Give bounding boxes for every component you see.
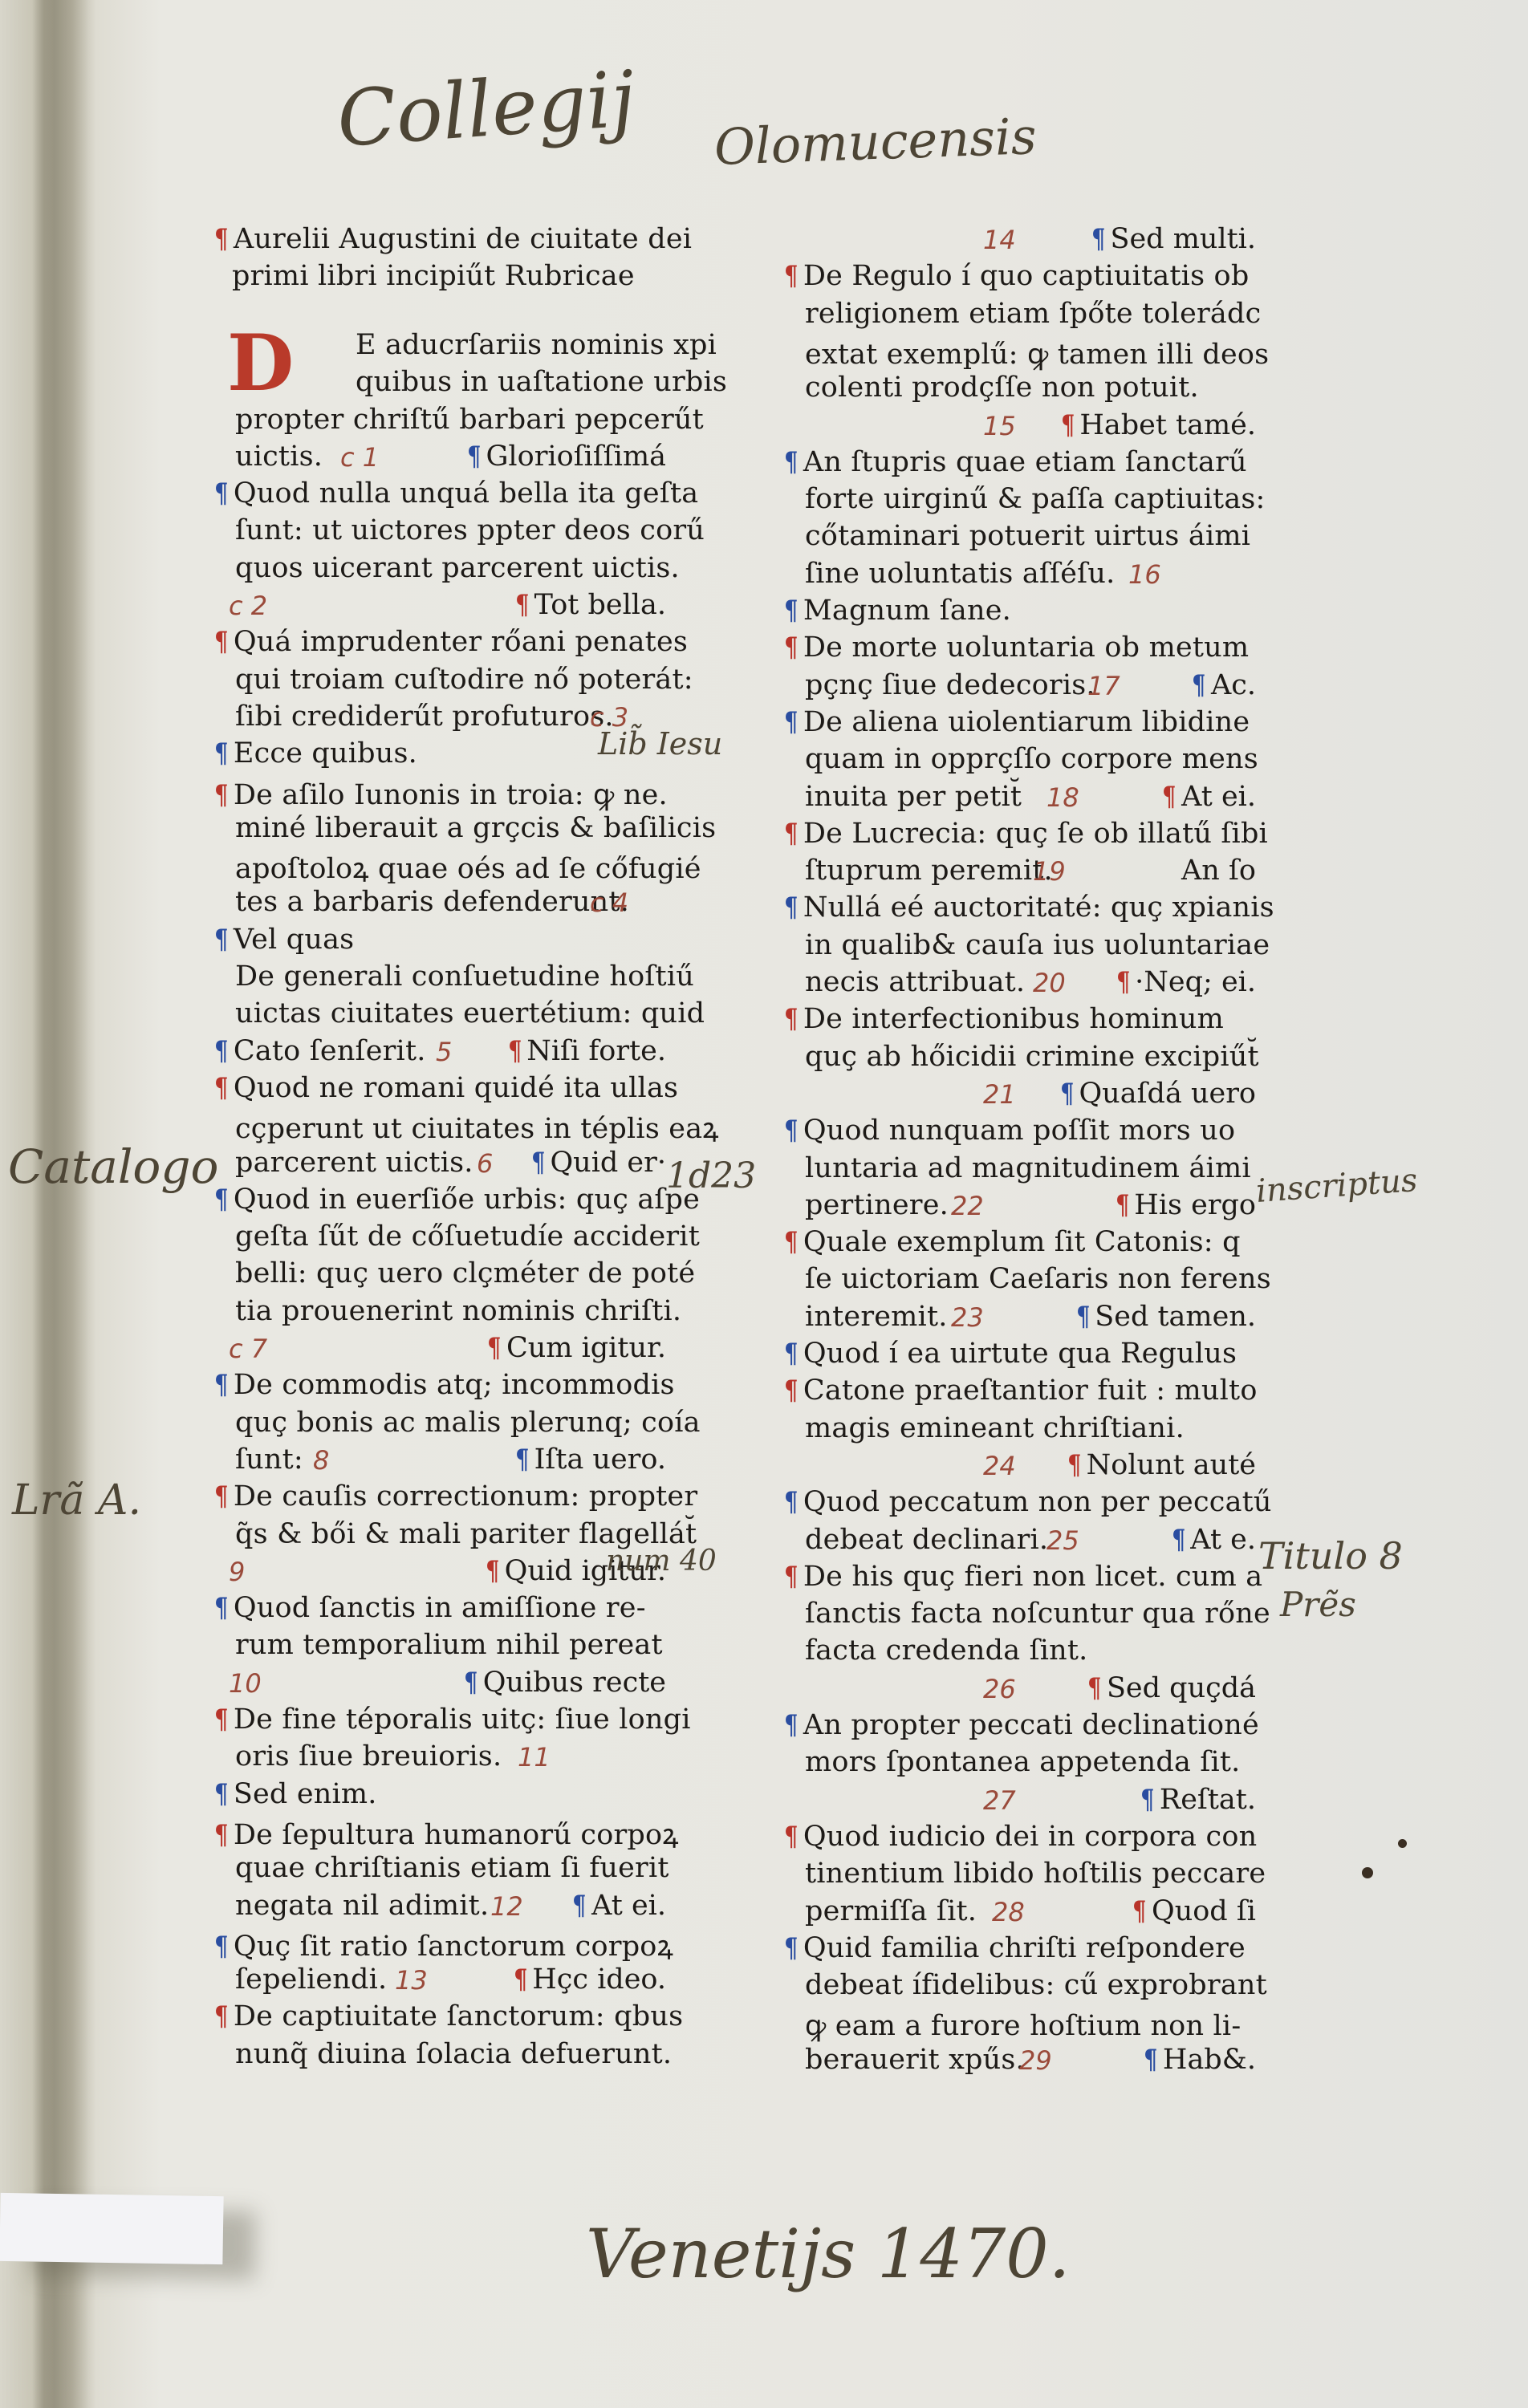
text-line: in qualib& cauſa ius uoluntariae [805,929,1270,961]
chapter-cue: ¶At e. [1170,1524,1256,1556]
pilcrow-blue-icon: ¶ [1076,1301,1090,1333]
text-line: ¶Nullá eé auctoritaté: quç xpianis [782,891,1274,924]
pilcrow-blue-icon: ¶ [784,891,798,924]
text-line: ¶Quç ſit ratio ſanctorum corpoꝝ [213,1927,673,1964]
cue-text: Habet tamé. [1079,409,1256,441]
chapter-number: 27 [983,1785,1016,1816]
pilcrow-red-icon: ¶ [214,1703,228,1736]
pilcrow-red-icon: ¶ [784,1226,798,1258]
pilcrow-blue-icon: ¶ [467,441,481,473]
title-line: ¶Aurelii Augustini de ciuitate dei [213,223,692,255]
margin-note-1d23: 1d23 [666,1155,756,1196]
pilcrow-blue-icon: ¶ [784,446,798,478]
line-text: rum temporalium nihil pereat [235,1629,663,1661]
text-line: interemit. [805,1301,948,1333]
text-line: parcerent uictis. [235,1147,473,1179]
line-text: De Lucrecia: quç ſe ob illatű ſibi [803,818,1268,850]
text-line: ¶De aliena uiolentiarum libidine [782,706,1250,738]
text-line: forte uirginű & paſſa captiuitas: [805,483,1266,515]
line-text: Quod ſanctis in amiſſione re- [234,1592,646,1624]
text-line: cőtaminari potuerit uirtus áimi [805,520,1250,552]
text-line: ſanctis facta noſcuntur qua rőne [805,1598,1270,1630]
line-text: De ſepultura humanorű corpoꝝ [234,1819,679,1851]
line-text: uictis. [235,441,323,473]
text-line: uictas ciuitates euertétium: quid [235,997,705,1029]
cue-text: Sed tamen. [1095,1301,1256,1333]
line-text: Quod iudicio dei in corpora con [803,1821,1257,1853]
line-text: pçnç ſiue dedecoris. [805,669,1095,701]
chapter-number: 10 [229,1668,262,1699]
margin-note-catalogo: Catalogo [8,1139,218,1194]
title-line: primi libri incipiűt Rubricae [232,260,635,292]
line-text: belli: quç uero clçméter de poté [235,1257,695,1289]
text-line: oris ſiue breuioris. [235,1740,502,1772]
title-text: Aurelii Augustini de ciuitate dei [234,223,692,255]
pilcrow-red-icon: ¶ [514,1963,527,1996]
line-text: De interfectionibus hominum [803,1003,1224,1035]
line-text: ſunt: [235,1444,303,1476]
chapter-cue: ¶Quaſdá uero [1059,1078,1256,1110]
pilcrow-red-icon: ¶ [1116,966,1130,998]
text-line: ¶Quod ſanctis in amiſſione re- [213,1592,646,1624]
chapter-number: 12 [490,1891,523,1922]
line-text: geſta ſűt de cőſuetudíe acciderit [235,1220,700,1253]
line-text: quam in opprçſſo corpore mens [805,743,1258,775]
pilcrow-blue-icon: ¶ [784,1932,798,1964]
line-text: nunq̃ diuina ſolacia defuerunt. [235,2038,672,2070]
text-line: ¶De ſepultura humanorű corpoꝝ [213,1815,679,1853]
chapter-number: 13 [395,1965,428,1996]
line-text: facta credenda ſint. [805,1634,1087,1667]
text-line: cçperunt ut ciuitates in téplis eaꝝ [235,1109,719,1147]
line-text: De his quç fieri non licet. cum a [803,1561,1263,1593]
text-line: berauerit xpűs. [805,2044,1025,2076]
text-line: debeat ífidelibus: cű exprobrant [805,1969,1267,2001]
text-line: ſtuprum peremit. [805,855,1053,887]
pilcrow-blue-icon: ¶ [214,1369,228,1401]
text-line: ¶Quod ne romani quidé ita ullas [213,1072,678,1104]
text-line: geſta ſűt de cőſuetudíe acciderit [235,1220,700,1253]
line-text: Quod nulla unquá bella ita geſta [234,477,698,510]
margin-note-num-40: num 40 [606,1545,717,1578]
line-text: ꝙ eam a furore hoſtium non li- [805,2010,1241,2042]
pilcrow-blue-icon: ¶ [573,1890,587,1922]
cue-text: Quod ſi [1152,1895,1256,1927]
line-text: ſepeliendi. [235,1963,387,1996]
cue-text: Sed quçdá [1107,1672,1256,1704]
chapter-cue: ¶Quod ſi [1131,1895,1256,1927]
line-text: Quá imprudenter rőani penates [234,626,688,658]
footer-inscription-venetijs: Venetijs 1470. [586,2215,1070,2293]
pilcrow-red-icon: ¶ [1061,409,1075,441]
chapter-number: 8 [313,1445,329,1476]
cue-text: Nolunt auté [1087,1449,1256,1481]
pilcrow-red-icon: ¶ [486,1555,499,1587]
chapter-cue: ¶Cum igitur. [486,1332,666,1364]
line-text: inuita per petit̆ [805,781,1022,813]
line-text: miné liberauit a grçcis & baſilicis [235,812,716,844]
line-text: uictas ciuitates euertétium: quid [235,997,705,1029]
pilcrow-blue-icon: ¶ [214,1035,228,1067]
text-line: qui troiam cuſtodire nő poterát: [235,664,693,696]
margin-note-inscriptus: inscriptus [1255,1162,1419,1210]
line-text: tes a barbaris defenderunt. [235,886,629,918]
text-line: propter chriſtű barbari pepcerűt [235,404,704,436]
text-line: quos uicerant parcerent uictis. [235,552,680,584]
pilcrow-red-icon: ¶ [784,260,798,292]
pilcrow-blue-icon: ¶ [784,1338,798,1370]
chapter-cue: ¶Sed multi. [1090,223,1256,255]
text-line: ¶Cato ſenſerit. [213,1035,426,1067]
line-text: oris ſiue breuioris. [235,1740,502,1772]
line-text: Ecce quibus. [234,737,417,770]
text-line: quam in opprçſſo corpore mens [805,743,1258,775]
cue-text: At e. [1190,1524,1256,1556]
line-text: Magnum ſane. [803,595,1011,627]
line-text: An ſtupris quae etiam ſanctarű [803,446,1247,478]
text-line: ꝙ eam a furore hoſtium non li- [805,2006,1241,2044]
line-text: quç ab hőicidii crimine excipiűt̆ [805,1041,1259,1073]
pilcrow-red-icon: ¶ [1087,1672,1101,1704]
line-text: colenti prodçſſe non potuit. [805,372,1199,404]
text-line: ¶Quod í ea uirtute qua Regulus [782,1338,1237,1370]
line-text: Quod peccatum non per peccatű [803,1486,1272,1518]
pilcrow-blue-icon: ¶ [784,1709,798,1741]
text-line: colenti prodçſſe non potuit. [805,372,1199,404]
line-text: ſunt: ut uictores ppter deos corű [235,514,705,546]
cue-text: At ei. [1181,781,1256,813]
line-text: tia prouenerint nominis chriſti. [235,1295,681,1327]
text-line: facta credenda ſint. [805,1634,1087,1667]
chapter-cue: ¶Quid er· [530,1147,666,1179]
chapter-number: c 2 [229,591,267,621]
chapter-cue: ¶Niſi forte. [506,1035,666,1067]
text-line: belli: quç uero clçméter de poté [235,1257,695,1289]
chapter-cue: An ſo [1181,855,1256,887]
line-text: E aducrſariis nominis xpi [356,329,717,361]
pilcrow-red-icon: ¶ [1116,1189,1129,1221]
pilcrow-blue-icon: ¶ [1193,669,1206,701]
line-text: qui troiam cuſtodire nő poterát: [235,664,693,696]
line-text: debeat declinari. [805,1524,1048,1556]
text-line: pçnç ſiue dedecoris. [805,669,1095,701]
line-text: Vel quas [234,924,354,956]
pilcrow-red-icon: ¶ [214,1819,228,1851]
text-line: magis emineant chriſtiani. [805,1412,1185,1444]
chapter-cue: ¶Glorioſiſſimá [465,441,666,473]
chapter-number: 28 [992,1897,1025,1927]
chapter-number: 29 [1019,2045,1052,2076]
pilcrow-blue-icon: ¶ [214,1931,228,1963]
line-text: quae chriſtianis etiam ſi fuerit [235,1852,669,1884]
cue-text: Sed multi. [1110,223,1256,255]
text-line: tia prouenerint nominis chriſti. [235,1295,681,1327]
text-line: negata nil adimit. [235,1890,489,1922]
chapter-cue: ¶Iſta uero. [514,1444,666,1476]
text-line: ¶Quod nunquam poſſit mors uo [782,1115,1235,1147]
text-line: tinentium libido hoſtilis peccare [805,1858,1266,1890]
cue-text: Hçc ideo. [532,1963,666,1996]
cue-text: Iſta uero. [534,1444,666,1476]
chapter-cue: ¶At ei. [1160,781,1256,813]
line-text: extat exemplű: ꝙ tamen illi deos [805,339,1269,371]
text-line: ſunt: ut uictores ppter deos corű [235,514,705,546]
text-line: quae chriſtianis etiam ſi fuerit [235,1852,669,1884]
line-text: permiſſa ſit. [805,1895,977,1927]
chapter-number: 19 [1033,856,1066,887]
chapter-number: 18 [1046,782,1079,813]
line-text: ſanctis facta noſcuntur qua rőne [805,1598,1270,1630]
pilcrow-blue-icon: ¶ [214,477,228,510]
text-line: quç bonis ac malis plerunq; coía [235,1407,701,1439]
line-text: Quod í ea uirtute qua Regulus [803,1338,1237,1370]
chapter-number: c 1 [340,442,379,473]
line-text: Nullá eé auctoritaté: quç xpianis [803,891,1274,924]
line-text: luntaria ad magnitudinem áimi [805,1152,1251,1184]
header-inscription-collegij: Collegij [335,54,638,164]
line-text: mors ſpontanea appetenda ſit. [805,1746,1240,1778]
pilcrow-blue-icon: ¶ [1144,2044,1157,2076]
line-text: De aſilo Iunonis in troia: ꝙ ne. [234,779,668,811]
line-text: apoſtoloꝝ quae oés ad ſe cőfugié [235,853,701,885]
pilcrow-red-icon: ¶ [784,631,798,664]
text-line: extat exemplű: ꝙ tamen illi deos [805,335,1269,372]
text-line: ¶Quid familia chriſti reſpondere [782,1932,1246,1964]
pilcrow-red-icon: ¶ [214,1480,228,1513]
pilcrow-red-icon: ¶ [784,1375,798,1407]
text-line: De generali conſuetudine hoſtiű [235,960,694,993]
line-text: negata nil adimit. [235,1890,489,1922]
text-line: ¶Vel quas [213,924,354,956]
binding-gutter-shadow [32,0,88,2408]
chapter-number: 23 [951,1302,984,1333]
text-line: quibus in uaſtatione urbis [356,366,727,398]
line-text: forte uirginű & paſſa captiuitas: [805,483,1266,515]
line-text: tinentium libido hoſtilis peccare [805,1858,1266,1890]
line-text: quos uicerant parcerent uictis. [235,552,680,584]
chapter-cue: ¶·Neq; ei. [1115,966,1256,998]
text-line: ¶An propter peccati declinationé [782,1709,1259,1741]
text-line: ſine uoluntatis aſſéſu. [805,558,1115,590]
text-line: religionem etiam ſpőte tolerádc [805,298,1261,330]
chapter-cue: ¶Reſtat. [1139,1784,1256,1816]
text-line: ¶Quod iudicio dei in corpora con [782,1821,1257,1853]
text-line: ¶Quod nulla unquá bella ita geſta [213,477,698,510]
chapter-cue: ¶His ergo [1114,1189,1256,1221]
text-line: apoſtoloꝝ quae oés ad ſe cőfugié [235,849,701,887]
chapter-cue: ¶Tot bella. [514,589,666,621]
text-line: ¶Magnum ſane. [782,595,1011,627]
pilcrow-red-icon: ¶ [214,626,228,658]
pilcrow-blue-icon: ¶ [784,1115,798,1147]
line-text: parcerent uictis. [235,1147,473,1179]
text-line: ¶Sed enim. [213,1778,377,1810]
pilcrow-blue-icon: ¶ [784,595,798,627]
pilcrow-red-icon: ¶ [214,2000,228,2032]
pilcrow-blue-icon: ¶ [214,1592,228,1624]
cue-text: Quaſdá uero [1079,1078,1256,1110]
line-text: ſtuprum peremit. [805,855,1053,887]
chapter-number: 11 [518,1742,551,1772]
chapter-number: 9 [229,1557,245,1587]
margin-note-lra: Lrã A. [12,1476,141,1525]
line-text: Quod ne romani quidé ita ullas [234,1072,678,1104]
cue-text: Ac. [1211,669,1256,701]
text-line: necis attribuat. [805,966,1025,998]
chapter-number: 20 [1033,968,1066,998]
line-text: De morte uoluntaria ob metum [803,631,1249,664]
pilcrow-red-icon: ¶ [1163,781,1176,813]
line-text: ſibi crediderűt profuturos. [235,700,614,733]
text-line: ¶De fine téporalis uitç: ſiue longi [213,1703,691,1736]
text-line: uictis. [235,441,323,473]
line-text: An propter peccati declinationé [803,1709,1259,1741]
line-text: De Regulo í quo captiuitatis ob [803,260,1250,292]
text-line: ¶An ſtupris quae etiam ſanctarű [782,446,1247,478]
line-text: magis emineant chriſtiani. [805,1412,1185,1444]
chapter-number: 21 [983,1079,1016,1110]
text-line: ¶Quod in euerſiőe urbis: quç aſpe [213,1184,700,1216]
text-line: ¶Quá imprudenter rőani penates [213,626,688,658]
line-text: debeat ífidelibus: cű exprobrant [805,1969,1267,2001]
text-line: ¶De Regulo í quo captiuitatis ob [782,260,1249,292]
line-text: Quid familia chriſti reſpondere [803,1932,1246,1964]
ink-spot [1362,1867,1373,1878]
chapter-cue: ¶At ei. [571,1890,666,1922]
line-text: religionem etiam ſpőte tolerádc [805,298,1261,330]
text-line: ¶De commodis atq; incommodis [213,1369,675,1401]
chapter-number: 17 [1087,671,1120,701]
chapter-number: 16 [1128,559,1161,590]
chapter-cue: ¶Sed quçdá [1086,1672,1256,1704]
text-line: ¶De Lucrecia: quç ſe ob illatű ſibi [782,818,1268,850]
pilcrow-blue-icon: ¶ [214,737,228,770]
text-line: inuita per petit̆ [805,781,1022,813]
line-text: necis attribuat. [805,966,1025,998]
line-text: Quale exemplum ſit Catonis: q [803,1226,1241,1258]
text-line: rum temporalium nihil pereat [235,1629,663,1661]
text-line: ſibi crediderűt profuturos. [235,700,614,733]
cue-text: Reſtat. [1160,1784,1256,1816]
cue-text: Quibus recte [483,1667,666,1699]
chapter-number: 5 [436,1037,452,1067]
cue-text: Hab&. [1163,2044,1256,2076]
page-photo: Collegij Olomucensis D ¶Aurelii Augustin… [0,0,1528,2408]
chapter-number: 24 [983,1451,1016,1481]
text-line: ¶De morte uoluntaria ob metum [782,631,1249,664]
chapter-cue: ¶Quibus recte [462,1667,666,1699]
text-line: ¶De interfectionibus hominum [782,1003,1224,1035]
pilcrow-red-icon: ¶ [1067,1449,1081,1481]
chapter-number: 25 [1046,1525,1079,1556]
cue-text: Niſi forte. [526,1035,666,1067]
pilcrow-blue-icon: ¶ [214,924,228,956]
line-text: De generali conſuetudine hoſtiű [235,960,694,993]
illuminated-initial-d: D [227,325,294,402]
text-line: ¶De his quç fieri non licet. cum a [782,1561,1262,1593]
title-text: primi libri incipiűt Rubricae [232,260,635,292]
line-text: Quç ſit ratio ſanctorum corpoꝝ [234,1931,673,1963]
chapter-cue: ¶Ac. [1190,669,1256,701]
header-inscription-olomucensis: Olomucensis [713,107,1038,177]
margin-note-titulo: Titulo 8 [1258,1534,1403,1578]
pilcrow-blue-icon: ¶ [464,1667,477,1699]
chapter-number: c 4 [590,887,628,918]
chapter-cue: ¶Sed tamen. [1075,1301,1256,1333]
chapter-number: 6 [477,1148,493,1179]
pilcrow-red-icon: ¶ [784,1561,798,1593]
pilcrow-blue-icon: ¶ [784,1486,798,1518]
line-text: ſe uictoriam Caeſaris non ferens [805,1263,1271,1295]
text-line: debeat declinari. [805,1524,1048,1556]
text-line: luntaria ad magnitudinem áimi [805,1152,1251,1184]
text-line: ſunt: [235,1444,303,1476]
pilcrow-red-icon: ¶ [508,1035,522,1067]
text-line: permiſſa ſit. [805,1895,977,1927]
pilcrow-blue-icon: ¶ [1172,1524,1185,1556]
chapter-cue: ¶Nolunt auté [1066,1449,1256,1481]
line-text: in qualib& cauſa ius uoluntariae [805,929,1270,961]
chapter-number: c 7 [229,1334,267,1364]
line-text: Catone praeſtantior fuit : multo [803,1375,1258,1407]
pilcrow-red-icon: ¶ [784,818,798,850]
pilcrow-red-icon: ¶ [487,1332,501,1364]
pilcrow-blue-icon: ¶ [531,1147,545,1179]
margin-note-lib-iesu: Lib̃ Iesu [598,726,722,761]
cue-text: An ſo [1181,855,1256,887]
line-text: propter chriſtű barbari pepcerűt [235,404,704,436]
text-line: nunq̃ diuina ſolacia defuerunt. [235,2038,672,2070]
cue-text: Quid er· [550,1147,666,1179]
pilcrow-blue-icon: ¶ [1140,1784,1154,1816]
line-text: quç bonis ac malis plerunq; coía [235,1407,701,1439]
pilcrow-red-icon: ¶ [784,1821,798,1853]
pilcrow-blue-icon: ¶ [515,1444,529,1476]
line-text: quibus in uaſtatione urbis [356,366,727,398]
pilcrow-blue-icon: ¶ [1060,1078,1074,1110]
pilcrow-blue-icon: ¶ [784,706,798,738]
text-line: ¶De aſilo Iunonis in troia: ꝙ ne. [213,775,668,813]
line-text: Quod nunquam poſſit mors uo [803,1115,1235,1147]
pilcrow-blue-icon: ¶ [214,1778,228,1810]
chapter-number: 26 [983,1674,1016,1704]
chapter-cue: ¶Hab&. [1142,2044,1256,2076]
text-line: ¶De cauſis correctionum: propter [213,1480,697,1513]
cue-text: At ei. [591,1890,666,1922]
text-line: E aducrſariis nominis xpi [356,329,717,361]
cue-text: His ergo [1134,1189,1256,1221]
paper-label-strip [0,2193,224,2264]
text-line: quç ab hőicidii crimine excipiűt̆ [805,1041,1259,1073]
pilcrow-blue-icon: ¶ [1091,223,1105,255]
line-text: berauerit xpűs. [805,2044,1025,2076]
text-line: ſe uictoriam Caeſaris non ferens [805,1263,1271,1295]
ink-spot [1398,1839,1407,1848]
pilcrow-red-icon: ¶ [784,1003,798,1035]
text-line: miné liberauit a grçcis & baſilicis [235,812,716,844]
text-line: ſepeliendi. [235,1963,387,1996]
cue-text: Glorioſiſſimá [486,441,666,473]
cue-text: Tot bella. [534,589,666,621]
line-text: Quod in euerſiőe urbis: quç aſpe [234,1184,700,1216]
text-line: ¶Ecce quibus. [213,737,417,770]
cue-text: Cum igitur. [506,1332,666,1364]
line-text: interemit. [805,1301,948,1333]
pilcrow-red-icon: ¶ [515,589,529,621]
chapter-cue: ¶Habet tamé. [1059,409,1256,441]
text-line: mors ſpontanea appetenda ſit. [805,1746,1240,1778]
line-text: cçperunt ut ciuitates in téplis eaꝝ [235,1113,719,1145]
